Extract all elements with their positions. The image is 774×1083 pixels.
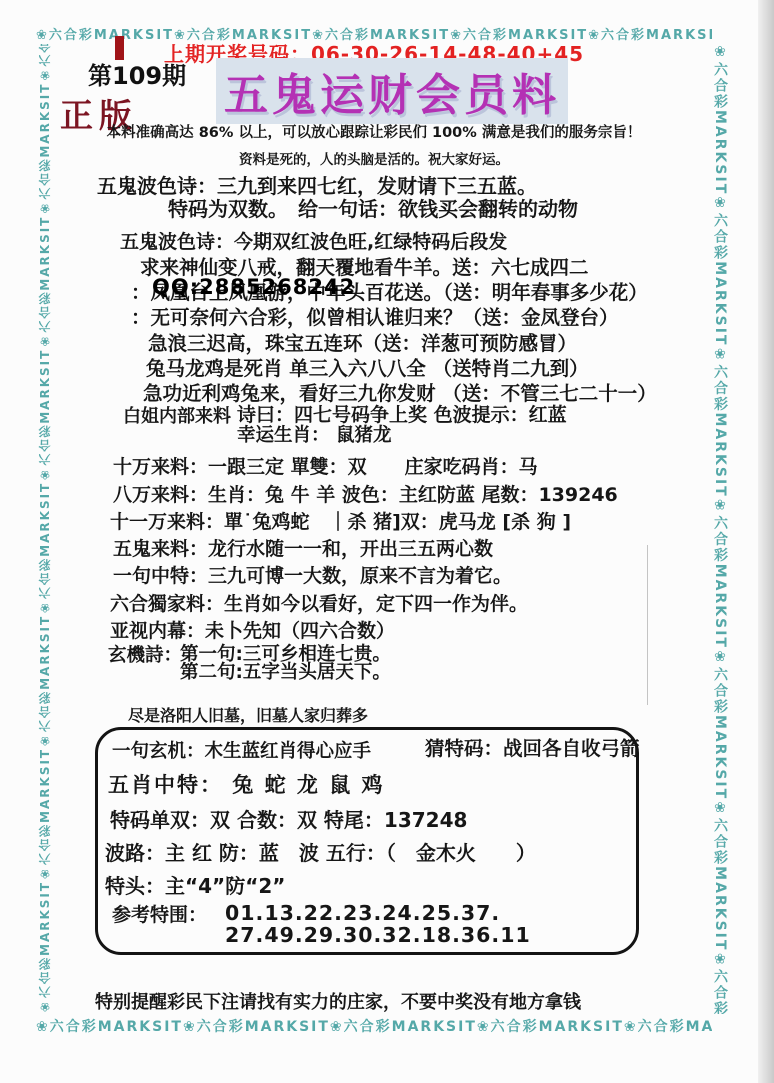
box-xuanji-line: 一句玄机：木生蓝红肖得心应手	[112, 737, 371, 763]
baijie-label: 白姐内部来料	[123, 402, 231, 428]
material-100k: 十万来料：一跟三定 單雙：双 庄家吃码肖：马	[113, 452, 538, 479]
box-ref-label: 参考特围：	[112, 900, 207, 927]
box-odd-even: 特码单双：双 合数：双 特尾：137248	[110, 804, 467, 833]
slogan-accuracy: 本料准确高达 86% 以上，可以放心跟踪让彩民们 100% 满意是我们的服务宗旨…	[36, 121, 712, 142]
wave-poem2-line4: ：无可奈何六合彩，似曾相认谁归来？（送：金凤登台）	[131, 302, 619, 330]
box-five-zodiac: 五肖中特： 兔 蛇 龙 鼠 鸡	[108, 769, 385, 799]
frame-border-bottom: ❀六合彩MARKSIT❀六合彩MARKSIT❀六合彩MARKSIT❀六合彩MAR…	[36, 1016, 712, 1036]
tomb-verse: 尽是洛阳人旧墓，旧墓人家归葬多	[128, 703, 368, 726]
material-five-ghost: 五鬼来料：龙行水随一一和，开出三五两心数	[113, 534, 493, 561]
material-80k: 八万来料：生肖：兔 牛 羊 波色：主红防蓝 尾数：139246	[113, 480, 618, 507]
xuanji-line2: 第二句:五字当头居天下。	[180, 658, 391, 684]
material-atv-inside: 亚视内幕：未卜先知（四六合数）	[110, 616, 395, 643]
qq-number-overlay: QQ:2885268242	[152, 275, 355, 299]
frame-border-left: ❀六合彩MARKSIT❀六合彩MARKSIT❀六合彩MARKSIT❀六合彩MAR…	[36, 44, 56, 1014]
page-title: 五鬼运财会员料	[216, 58, 568, 124]
scan-line-artifact	[647, 545, 648, 705]
wave-poem1-line2: 特码为双数。 给一句话：欲钱买会翻转的动物	[168, 193, 578, 222]
footer-warning: 特别提醒彩民下注请找有实力的庄家，不要中奖没有地方拿钱	[95, 988, 581, 1014]
slogan-luck: 资料是死的，人的头脑是活的。祝大家好运。	[36, 148, 712, 168]
material-110k: 十一万来料：單˙兔鸡蛇 ｜杀 猪]双：虎马龙 [杀 狗 ]	[110, 507, 571, 534]
frame-border-right: ❀六合彩MARKSIT❀六合彩MARKSIT❀六合彩MARKSIT❀六合彩MAR…	[704, 44, 730, 1014]
material-exclusive: 六合獨家料：生肖如今以看好，定下四一作为伴。	[110, 589, 528, 616]
issue-number: 第109期	[88, 56, 186, 91]
box-wave-path: 波路：主 红 防：蓝 波 五行：（ 金木火 ）	[105, 837, 536, 866]
box-guess-special: 猜特码：战回各自收弓箭	[425, 733, 640, 761]
box-ref-numbers-2: 27.49.29.30.32.18.36.11	[225, 923, 531, 947]
wave-poem2-line6: 兔马龙鸡是死肖 单三入六八八全 （送特肖二九到）	[146, 353, 589, 381]
scan-edge-shadow	[758, 0, 774, 1083]
box-ref-numbers-1: 01.13.22.23.24.25.37.	[225, 901, 500, 925]
box-special-head: 特头：主“4”防“2”	[105, 870, 285, 899]
wave-poem2-line5: 急浪三迟高，珠宝五连环（送：洋葱可预防感冒）	[148, 328, 577, 356]
material-one-phrase: 一句中特：三九可博一大数，原来不言为着它。	[113, 561, 512, 588]
wave-poem2-line1: 五鬼波色诗：今期双红波色旺,红绿特码后段发	[120, 227, 507, 254]
xuanji-label: 玄機詩：	[108, 641, 182, 667]
page-root: ❀六合彩MARKSIT❀六合彩MARKSIT❀六合彩MARKSIT❀六合彩MAR…	[0, 0, 774, 1083]
baijie-lucky-zodiac: 幸运生肖： 鼠猪龙	[237, 421, 391, 447]
